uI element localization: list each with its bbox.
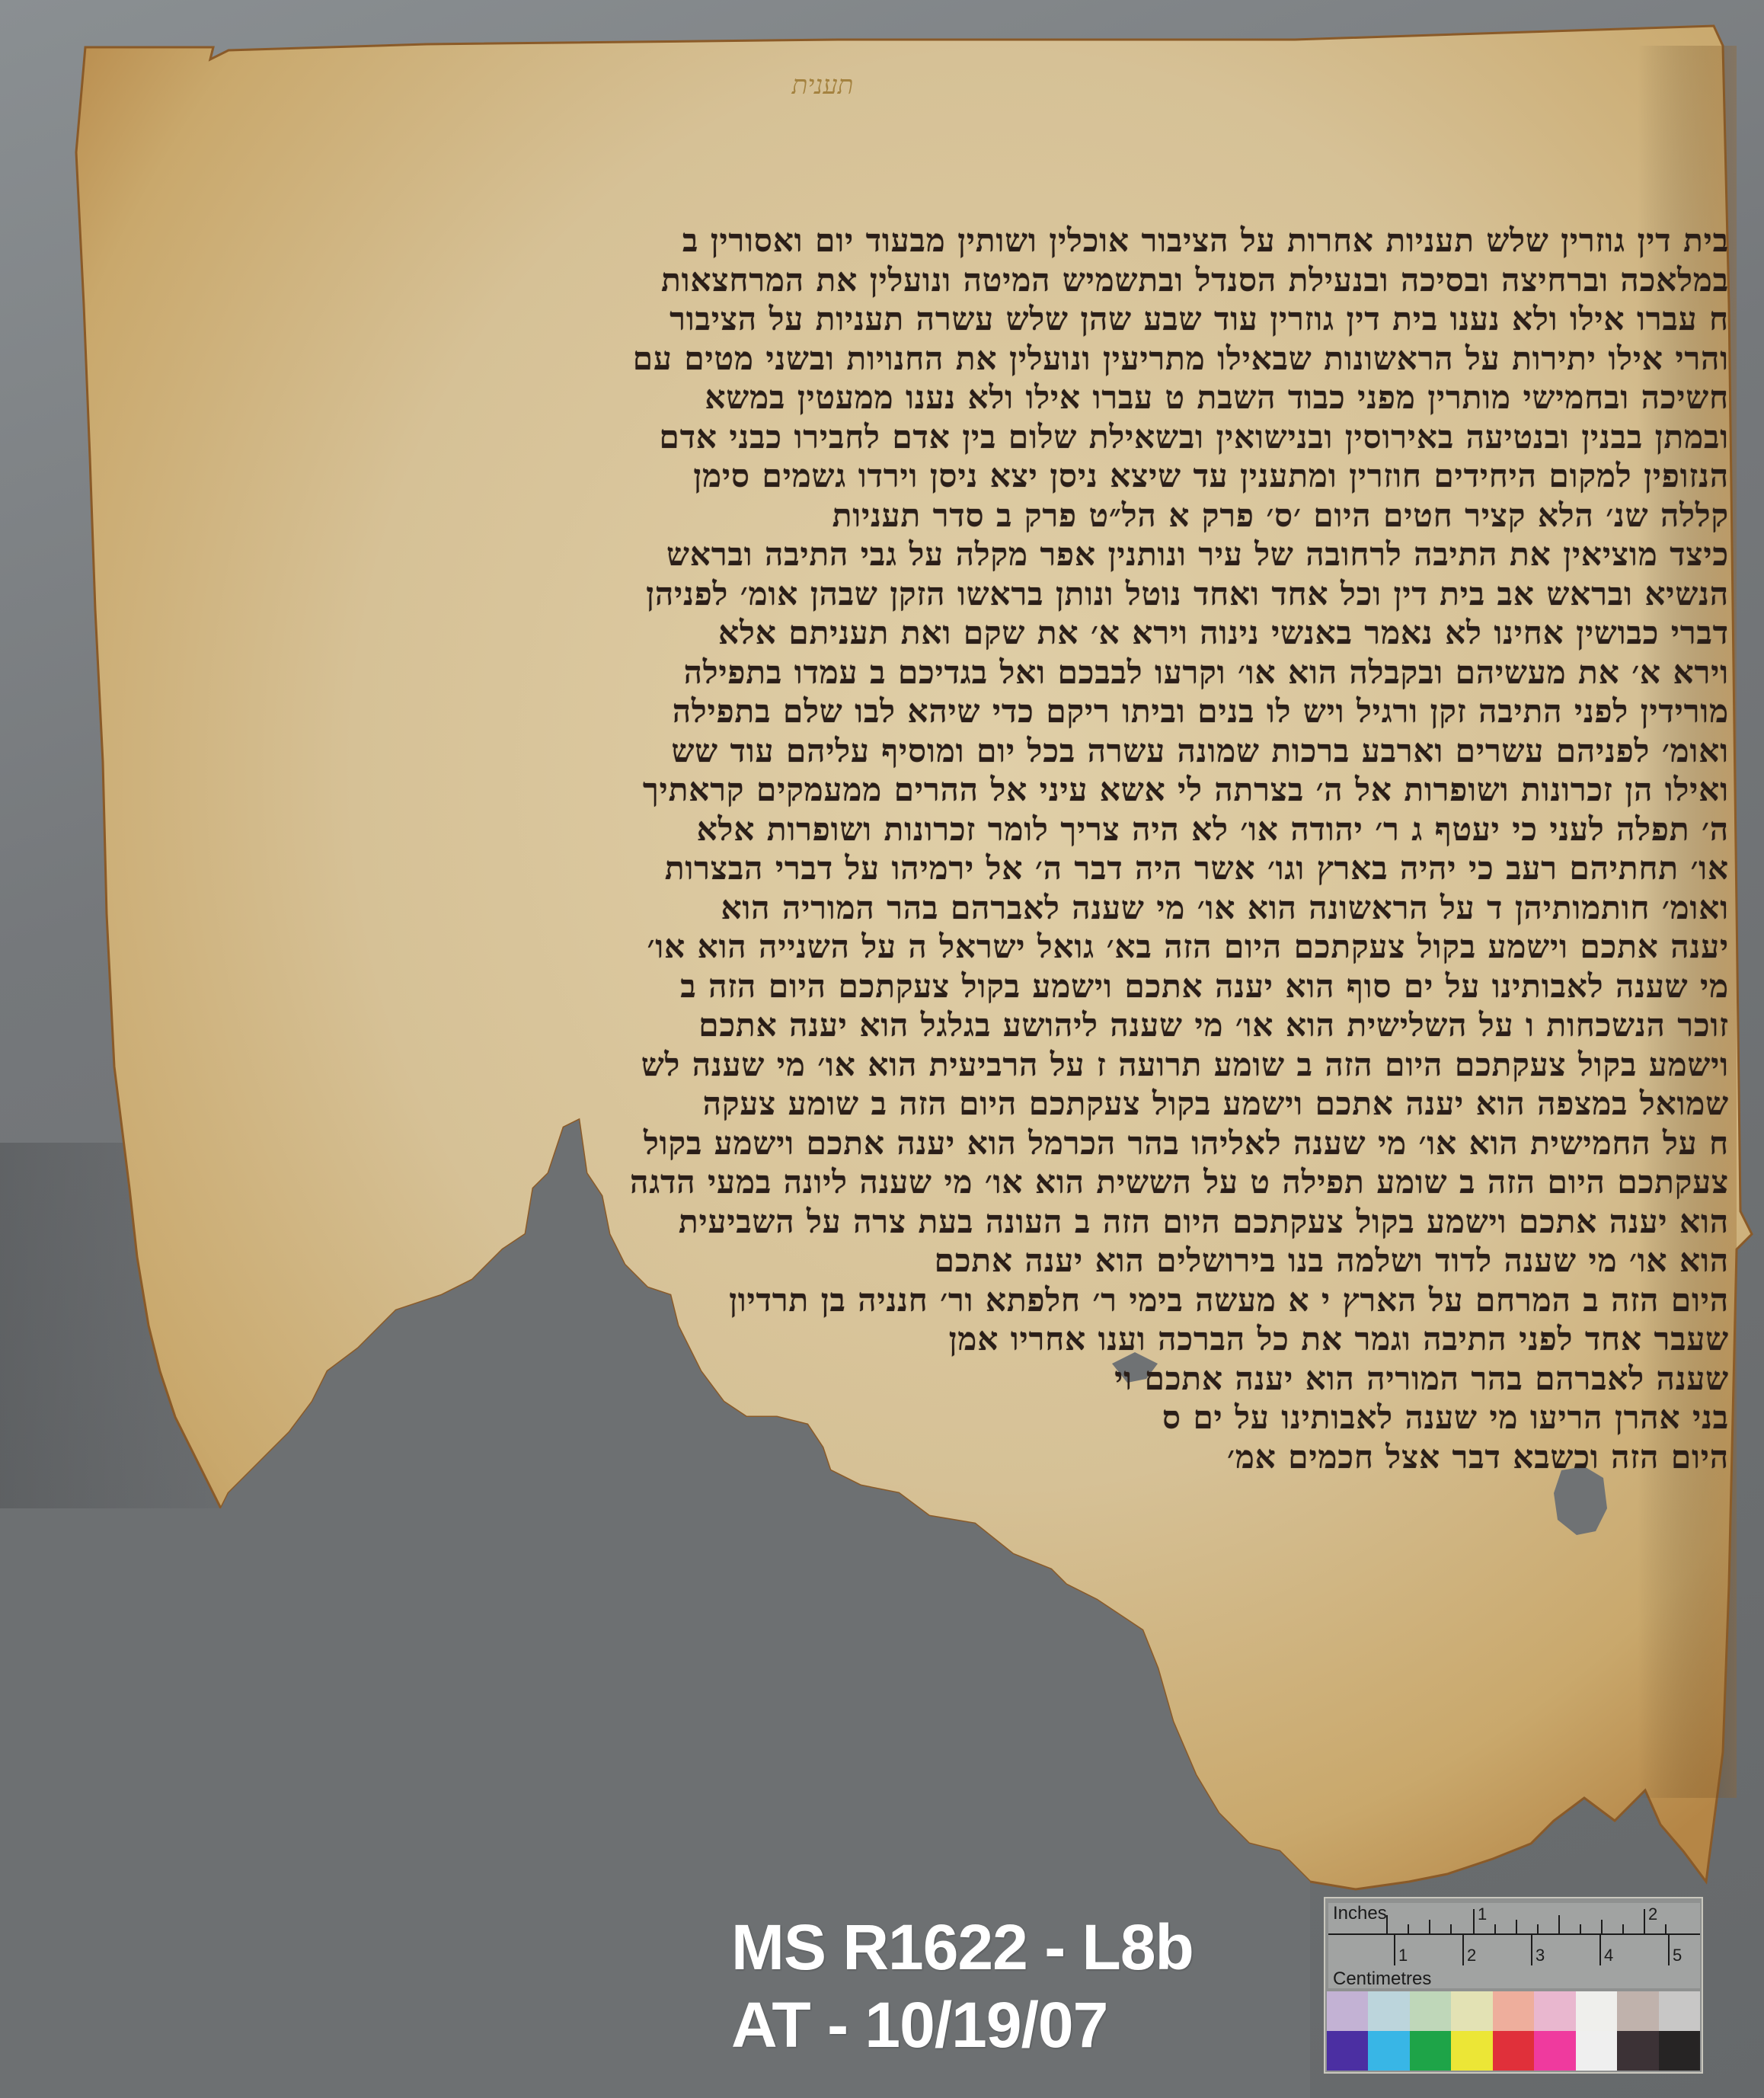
inches-label: Inches [1333,1903,1387,1924]
color-swatch [1327,1991,1368,2031]
text-line: זוכר הנשכחות ו על השלישית הוא או׳ מי שענ… [164,1006,1729,1045]
text-line: יענה אתכם וישמע בקול צעקתכם היום הזה בא׳… [164,927,1729,967]
color-swatch [1493,1991,1534,2031]
ruler-tick [1494,1924,1496,1933]
caption-date: AT - 10/19/07 [731,1986,1194,2064]
text-line: ואילו הן זכרונות ושופרות אל ה׳ בצרתה לי … [164,770,1729,810]
color-swatch [1534,1991,1575,2031]
ruler-divider [1328,1933,1700,1935]
manuscript-leaf: תענית בית דין גוזרין שלש תעניות אחרות על… [0,0,1764,2098]
text-line: ח עברו אילו ולא נענו בית דין גוזרין עוד … [164,299,1729,339]
ruler-tick [1644,1909,1645,1933]
text-line: מי שענה לאבותינו על ים סוף הוא יענה אתכם… [164,967,1729,1006]
color-swatch [1534,2031,1575,2071]
text-line: דברי כבושין אחינו לא נאמר באנשי נינוה וי… [164,613,1729,653]
chapter-heading-line: קללה שנ׳ הלא קציר חטים היום ׳ס׳ פרק א הל… [164,496,1729,536]
ruler-tick [1599,1935,1601,1965]
swatch-row-light [1327,1991,1700,2031]
color-swatches [1327,1991,1700,2071]
caption-shelfmark: MS R1622 - L8b [731,1908,1194,1986]
text-line: היום הזה ב המרחם על הארץ י א מעשה בימי ר… [164,1281,1729,1320]
text-line: שעבר אחד לפני התיבה וגמר את כל הברכה וענ… [164,1319,1729,1359]
manuscript-text: בית דין גוזרין שלש תעניות אחרות על הציבו… [164,221,1729,1476]
ruler-tick [1450,1924,1452,1933]
cm-number: 2 [1467,1946,1476,1965]
text-line: כיצד מוציאין את התיבה לרחובה של עיר ונות… [164,535,1729,574]
text-line: הוא או׳ מי שענה לדוד ושלמה בנו בירושלים … [164,1241,1729,1281]
cm-number: 5 [1673,1946,1682,1965]
ruler-tick [1408,1924,1409,1933]
color-swatch [1659,1991,1700,2031]
color-swatch [1617,2031,1658,2071]
text-line: בני אהרן הריעו מי שענה לאבותינו על ים ס [164,1398,1729,1438]
text-line: ובמתן בבנין ובנטיעה באירוסין ובנישואין ו… [164,417,1729,457]
color-swatch [1410,2031,1451,2071]
color-swatch [1451,1991,1492,2031]
text-line: צעקתכם היום הזה ב שומע תפילה ט על הששית … [164,1163,1729,1202]
ruler-tick [1429,1920,1430,1933]
color-swatch [1659,2031,1700,2071]
ruler-tick [1622,1924,1624,1933]
color-swatch [1451,2031,1492,2071]
color-swatch [1327,2031,1368,2071]
inch-number: 1 [1478,1905,1487,1924]
color-swatch [1368,1991,1409,2031]
color-swatch [1410,1991,1451,2031]
inch-number: 2 [1648,1905,1657,1924]
centimetres-label: Centimetres [1333,1968,1431,1990]
running-head: תענית [769,70,876,101]
cm-number: 4 [1604,1946,1613,1965]
scale-color-card: Inches 1 2 1 2 3 4 5 Centimetres [1324,1897,1703,2074]
color-swatch [1576,1991,1617,2031]
ruler: Inches 1 2 1 2 3 4 5 Centimetres [1328,1903,1700,1988]
ruler-tick [1558,1915,1560,1933]
text-line: או׳ תחתיהם רעב כי יהיה בארץ וגו׳ אשר היה… [164,849,1729,888]
ruler-tick [1394,1935,1395,1965]
ruler-tick [1537,1924,1539,1933]
photo-caption: MS R1622 - L8b AT - 10/19/07 [731,1908,1194,2064]
text-line: והרי אילו יתירות על הראשונות שבאילו מתרי… [164,339,1729,379]
text-line: ח על החמישית הוא או׳ מי שענה לאליהו בהר … [164,1124,1729,1163]
ruler-tick [1462,1935,1464,1965]
cm-number: 3 [1536,1946,1545,1965]
ruler-tick [1668,1935,1670,1965]
text-line: שמואל במצפה הוא יענה אתכם וישמע בקול צעק… [164,1084,1729,1124]
text-line: בית דין גוזרין שלש תעניות אחרות על הציבו… [164,221,1729,261]
text-line: חשיכה ובחמישי מותרין מפני כבוד השבת ט עב… [164,378,1729,417]
text-line: במלאכה וברחיצה ובסיכה ובנעילת הסנדל ובתש… [164,261,1729,300]
text-line: הנשיא ובראש אב בית דין וכל אחד ואחד נוטל… [164,574,1729,614]
text-line: ואומ׳ חותמותיהן ד על הראשונה הוא או׳ מי … [164,888,1729,928]
ruler-tick [1386,1915,1388,1933]
text-line: היום הזה וכשבא דבר אצל חכמים אמ׳ [164,1438,1729,1477]
ruler-tick [1531,1935,1532,1965]
ruler-tick [1473,1909,1475,1933]
color-swatch [1368,2031,1409,2071]
text-line: ואומ׳ לפניהם עשרים וארבע ברכות שמונה עשר… [164,731,1729,771]
cm-number: 1 [1398,1946,1408,1965]
text-line: הוא יענה אתכם וישמע בקול צעקתכם היום הזה… [164,1202,1729,1242]
ruler-tick [1665,1924,1667,1933]
text-line: וישמע בקול צעקתכם היום הזה ב שומע תרועה … [164,1045,1729,1085]
text-line: מורידין לפני התיבה זקן ורגיל ויש לו בנים… [164,692,1729,731]
color-swatch [1617,1991,1658,2031]
text-line: שענה לאברהם בהר המוריה הוא יענה אתכם וי [164,1359,1729,1399]
text-line: הנזופין למקום היחידים חוזרין ומתענין עד … [164,456,1729,496]
text-line: וירא א׳ את מעשיהם ובקבלה הוא או׳ וקרעו ל… [164,653,1729,692]
text-line: ה׳ תפלה לעני כי יעטף ג ר׳ יהודה או׳ לא ה… [164,810,1729,849]
ruler-tick [1516,1920,1517,1933]
color-swatch [1576,2031,1617,2071]
ruler-tick [1580,1924,1581,1933]
color-swatch [1493,2031,1534,2071]
ruler-tick [1601,1920,1603,1933]
swatch-row-dark [1327,2031,1700,2071]
